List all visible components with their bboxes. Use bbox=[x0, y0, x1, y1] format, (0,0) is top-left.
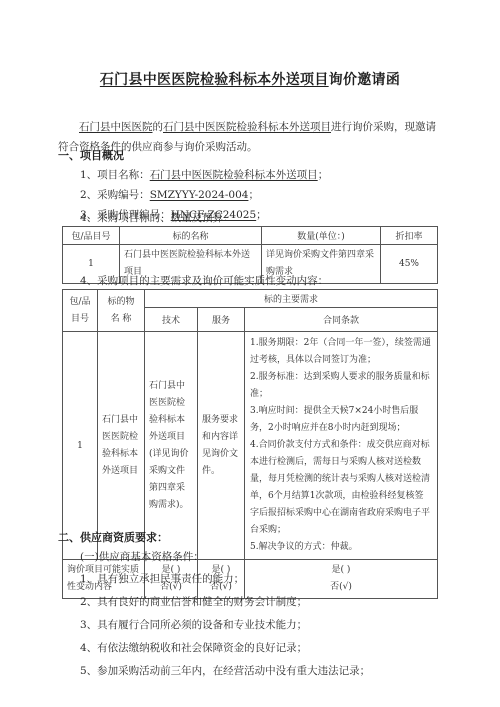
supplier-condition-4: 4、有依法缴纳税收和社会保障资金的良好记录； bbox=[80, 640, 307, 655]
cell-technical: 石门县中医医院检验科标本外送项目(详见询价采购文件第四章采购需求)。 bbox=[145, 332, 198, 560]
cell-package: 1 bbox=[63, 332, 98, 560]
item-label: 1、项目名称： bbox=[80, 169, 150, 181]
item-procurement-number: 2、采购编号：SMZYYY-2024-004； bbox=[80, 187, 259, 202]
intro-connector: 的 bbox=[153, 121, 164, 133]
contract-clause: 2.服务标准：达到采购人要求的服务质量和标准； bbox=[250, 369, 432, 403]
item-suffix: ； bbox=[256, 209, 267, 221]
item-suffix: ； bbox=[318, 169, 329, 181]
header-main-requirements: 标的主要需求 bbox=[145, 290, 438, 308]
header-contract-terms: 合同条款 bbox=[245, 308, 438, 332]
item-label: 4、采购项目标的、数量及预算： bbox=[80, 212, 234, 224]
section-heading-supplier: 二、供应商资质要求： bbox=[58, 529, 168, 545]
item-requirements-label: 4、采购项目的主要需求及询价可能实质性变动内容： bbox=[80, 273, 328, 288]
cell-contract-terms: 1.服务期限：2年（合同一年一签），续签需通过考核，具体以合同签订为准； 2.服… bbox=[245, 332, 438, 560]
supplier-basic-conditions: (一)供应商基本资格条件： bbox=[80, 549, 204, 564]
cell-item-name: 石门县中医医院检验科标本外送项目 bbox=[98, 332, 145, 560]
table-header-row: 包/品目号 标的物 名 称 标的主要需求 bbox=[63, 290, 438, 308]
intro-project: 石门县中医医院检验科标本外送项目 bbox=[163, 121, 331, 133]
title-project-name: 石门县中医医院检验科标本外送项目 bbox=[100, 72, 329, 88]
item-suffix: ； bbox=[248, 189, 259, 201]
header-quantity: 数量(单位：) bbox=[262, 227, 381, 245]
supplier-condition-5: 5、参加采购活动前三年内，在经营活动中没有重大违法记录； bbox=[80, 663, 370, 678]
contract-clause: 3.响应时间：提供全天候7×24小时售后服务，2小时响应并在8小时内赶到现场； bbox=[250, 403, 432, 437]
supplier-condition-1: 1、具有独立承担民事责任的能力； bbox=[80, 571, 244, 586]
table-header-row: 包/品目号 标的名称 数量(单位：) 折扣率 bbox=[63, 227, 438, 245]
item-budget-label-visible: 4、采购项目标的、数量及预算： bbox=[80, 210, 234, 225]
supplier-condition-2: 2、具有良好的商业信誉和健全的财务会计制度； bbox=[80, 594, 307, 609]
header-name: 标的名称 bbox=[120, 227, 262, 245]
cell-discount: 45% bbox=[381, 245, 438, 284]
header-service: 服务 bbox=[198, 308, 245, 332]
item-project-name: 1、项目名称：石门县中医医院检验科标本外送项目； bbox=[80, 167, 328, 182]
cell-service: 服务要求和内容详见询价文件。 bbox=[198, 332, 245, 560]
variation-yes: 是( ) bbox=[249, 562, 433, 579]
item-label: 2、采购编号： bbox=[80, 189, 150, 201]
section-heading-overview: 一、项目概况 bbox=[58, 147, 124, 163]
item-value: SMZYYY-2024-004 bbox=[150, 189, 249, 201]
variation-contract: 是( )否(√) bbox=[245, 560, 438, 599]
contract-clause: 4.合同价款支付方式和条件：成交供应商对标本进行检测后，需每日与采购人核对送检数… bbox=[250, 437, 432, 539]
title-suffix: 询价邀请函 bbox=[329, 72, 401, 88]
item-value: 石门县中医医院检验科标本外送项目 bbox=[150, 169, 318, 181]
table-row: 1 石门县中医医院检验科标本外送项目 石门县中医医院检验科标本外送项目(详见询价… bbox=[63, 332, 438, 560]
document-title: 石门县中医医院检验科标本外送项目询价邀请函 bbox=[0, 69, 500, 89]
header-technical: 技术 bbox=[145, 308, 198, 332]
header-discount: 折扣率 bbox=[381, 227, 438, 245]
header-item-name: 标的物 名 称 bbox=[98, 290, 145, 332]
contract-clause: 5.解决争议的方式：仲裁。 bbox=[250, 539, 432, 556]
header-package: 包/品目号 bbox=[63, 227, 120, 245]
header-package: 包/品目号 bbox=[63, 290, 98, 332]
intro-purchaser: 石门县中医医院 bbox=[79, 121, 153, 133]
contract-clause: 1.服务期限：2年（合同一年一签），续签需通过考核，具体以合同签订为准； bbox=[250, 335, 432, 369]
supplier-condition-3: 3、具有履行合同所必须的设备和专业技术能力； bbox=[80, 617, 307, 632]
